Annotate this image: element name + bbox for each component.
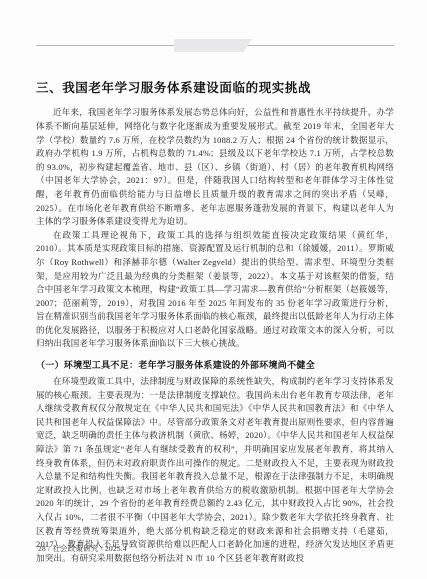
page-footer: 28 / 社会政策研究 / 2025.4 xyxy=(38,543,127,554)
header-decoration xyxy=(174,39,252,52)
subsection-title: （一）环境型工具不足：老年学习服务体系建设的外部环境尚不健全 xyxy=(36,358,394,371)
paragraph: 在环境型政策工具中，法律制度与财政保障的系统性缺失，构成制约老年学习支持体系发展… xyxy=(36,375,394,565)
paragraph: 近年来，我国老年学习服务体系发展态势总体向好，公益性和普惠性水平持续提升，办学体… xyxy=(36,106,394,228)
article-body: 近年来，我国老年学习服务体系发展态势总体向好，公益性和普惠性水平持续提升，办学体… xyxy=(36,106,394,565)
page-content: 三、我国老年学习服务体系建设面临的现实挑战 近年来，我国老年学习服务体系发展态势… xyxy=(36,0,394,565)
document-page: 三、我国老年学习服务体系建设面临的现实挑战 近年来，我国老年学习服务体系发展态势… xyxy=(0,0,427,579)
paragraph: 在政策工具理论视角下，政策工具的选择与组织效能直接决定政策结果（黄红华，2010… xyxy=(36,229,394,351)
header-rule xyxy=(36,43,394,57)
section-title: 三、我国老年学习服务体系建设面临的现实挑战 xyxy=(36,78,394,96)
